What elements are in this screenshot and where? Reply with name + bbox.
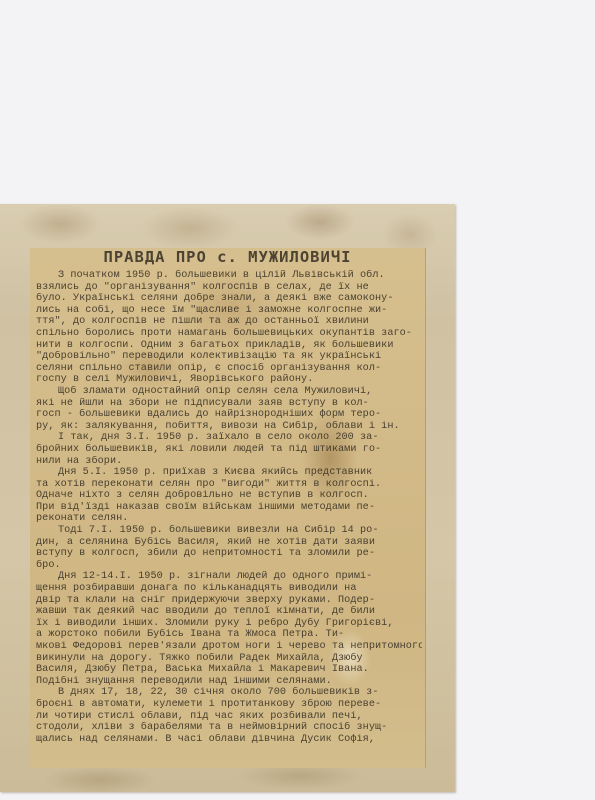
article-line: ру, як: залякування, побиття, вивози на … (36, 421, 422, 433)
article-body: З початком 1950 р. большевики в цілій Ль… (36, 270, 422, 745)
article-line: нити в колгоспи. Одним з багатьох прикла… (36, 340, 422, 352)
article-line: спільно боролись проти намагань большеви… (36, 328, 422, 340)
article-line: Тоді 7.І. 1950 р. большевики вивезли на … (36, 525, 422, 537)
article-line: мкові Федорові перев'язали дротом ноги і… (36, 641, 422, 653)
article-line: бро. (36, 560, 422, 572)
article-line: При від'їзді наказав своїм військам інши… (36, 502, 422, 514)
article-line: госп - большевики вдались до найрізнород… (36, 409, 422, 421)
article-line: дин, а селянина Бубісь Василя, який не х… (36, 537, 422, 549)
article-line: І так, дня 3.І. 1950 р. заїхало в село о… (36, 432, 422, 444)
newspaper-clipping: ПРАВДА ПРО с. МУЖИЛОВИЧІ З початком 1950… (30, 248, 426, 768)
article-line: стодоли, хліви з барабелями та в неймові… (36, 722, 422, 734)
article-line: двір та клали на сніг придержуючи зверху… (36, 595, 422, 607)
article-line: їх і виводили інших. Зломили руку і ребр… (36, 618, 422, 630)
article-line: вступу в колгосп, збили до непритомності… (36, 548, 422, 560)
article-line: було. Українські селяни добре знали, а д… (36, 293, 422, 305)
article-line: "добровільно" переводили колективізацію … (36, 351, 422, 363)
article-line: а жорстоко побили Бубісь Івана та Жмоса … (36, 629, 422, 641)
article-line: Дня 5.І. 1950 р. приїхав з Києва якийсь … (36, 467, 422, 479)
article-line: селяни спільно ставили опір, є спосіб ор… (36, 363, 422, 375)
article-line: жавши так деякий час вводили до теплої к… (36, 606, 422, 618)
article-line: нили на збори. (36, 456, 422, 468)
article-line: щення розбиравши донага по кільканадцять… (36, 583, 422, 595)
article-line: броєні в автомати, кулемети і протитанко… (36, 699, 422, 711)
article-line: Подібні знущання переводили над іншими с… (36, 676, 422, 688)
article-line: ли чотири стислі облави, під час яких ро… (36, 711, 422, 723)
article-line: щались над селянами. В часі облави дівчи… (36, 734, 422, 746)
article-line: взялись до "організування" колгоспів в с… (36, 282, 422, 294)
article-line: ття", до колгоспів не пішли та аж до ост… (36, 316, 422, 328)
article-line: Дня 12-14.І. 1950 р. зігнали людей до од… (36, 571, 422, 583)
article-title: ПРАВДА ПРО с. МУЖИЛОВИЧІ (30, 248, 425, 266)
article-line: госпу в селі Мужиловичі, Яворівського ра… (36, 374, 422, 386)
article-line: Василя, Дзюбу Петра, Васька Михайла і Ма… (36, 664, 422, 676)
article-line: Щоб зламати одностайний опір селян села … (36, 386, 422, 398)
article-line: реконати селян. (36, 513, 422, 525)
article-line: лись на собі, що несе їм "щасливе і замо… (36, 305, 422, 317)
article-line: бройних большевиків, які ловили людей та… (36, 444, 422, 456)
article-line: З початком 1950 р. большевики в цілій Ль… (36, 270, 422, 282)
article-line: Одначе ніхто з селян добровільно не всту… (36, 490, 422, 502)
article-line: викинули на дорогу. Тяжко побили Радек М… (36, 653, 422, 665)
article-line: та хотів переконати селян про "вигоди" ж… (36, 479, 422, 491)
article-line: В днях 17, 18, 22, 30 січня около 700 бо… (36, 687, 422, 699)
article-line: які не йшли на збори не підписували заяв… (36, 398, 422, 410)
